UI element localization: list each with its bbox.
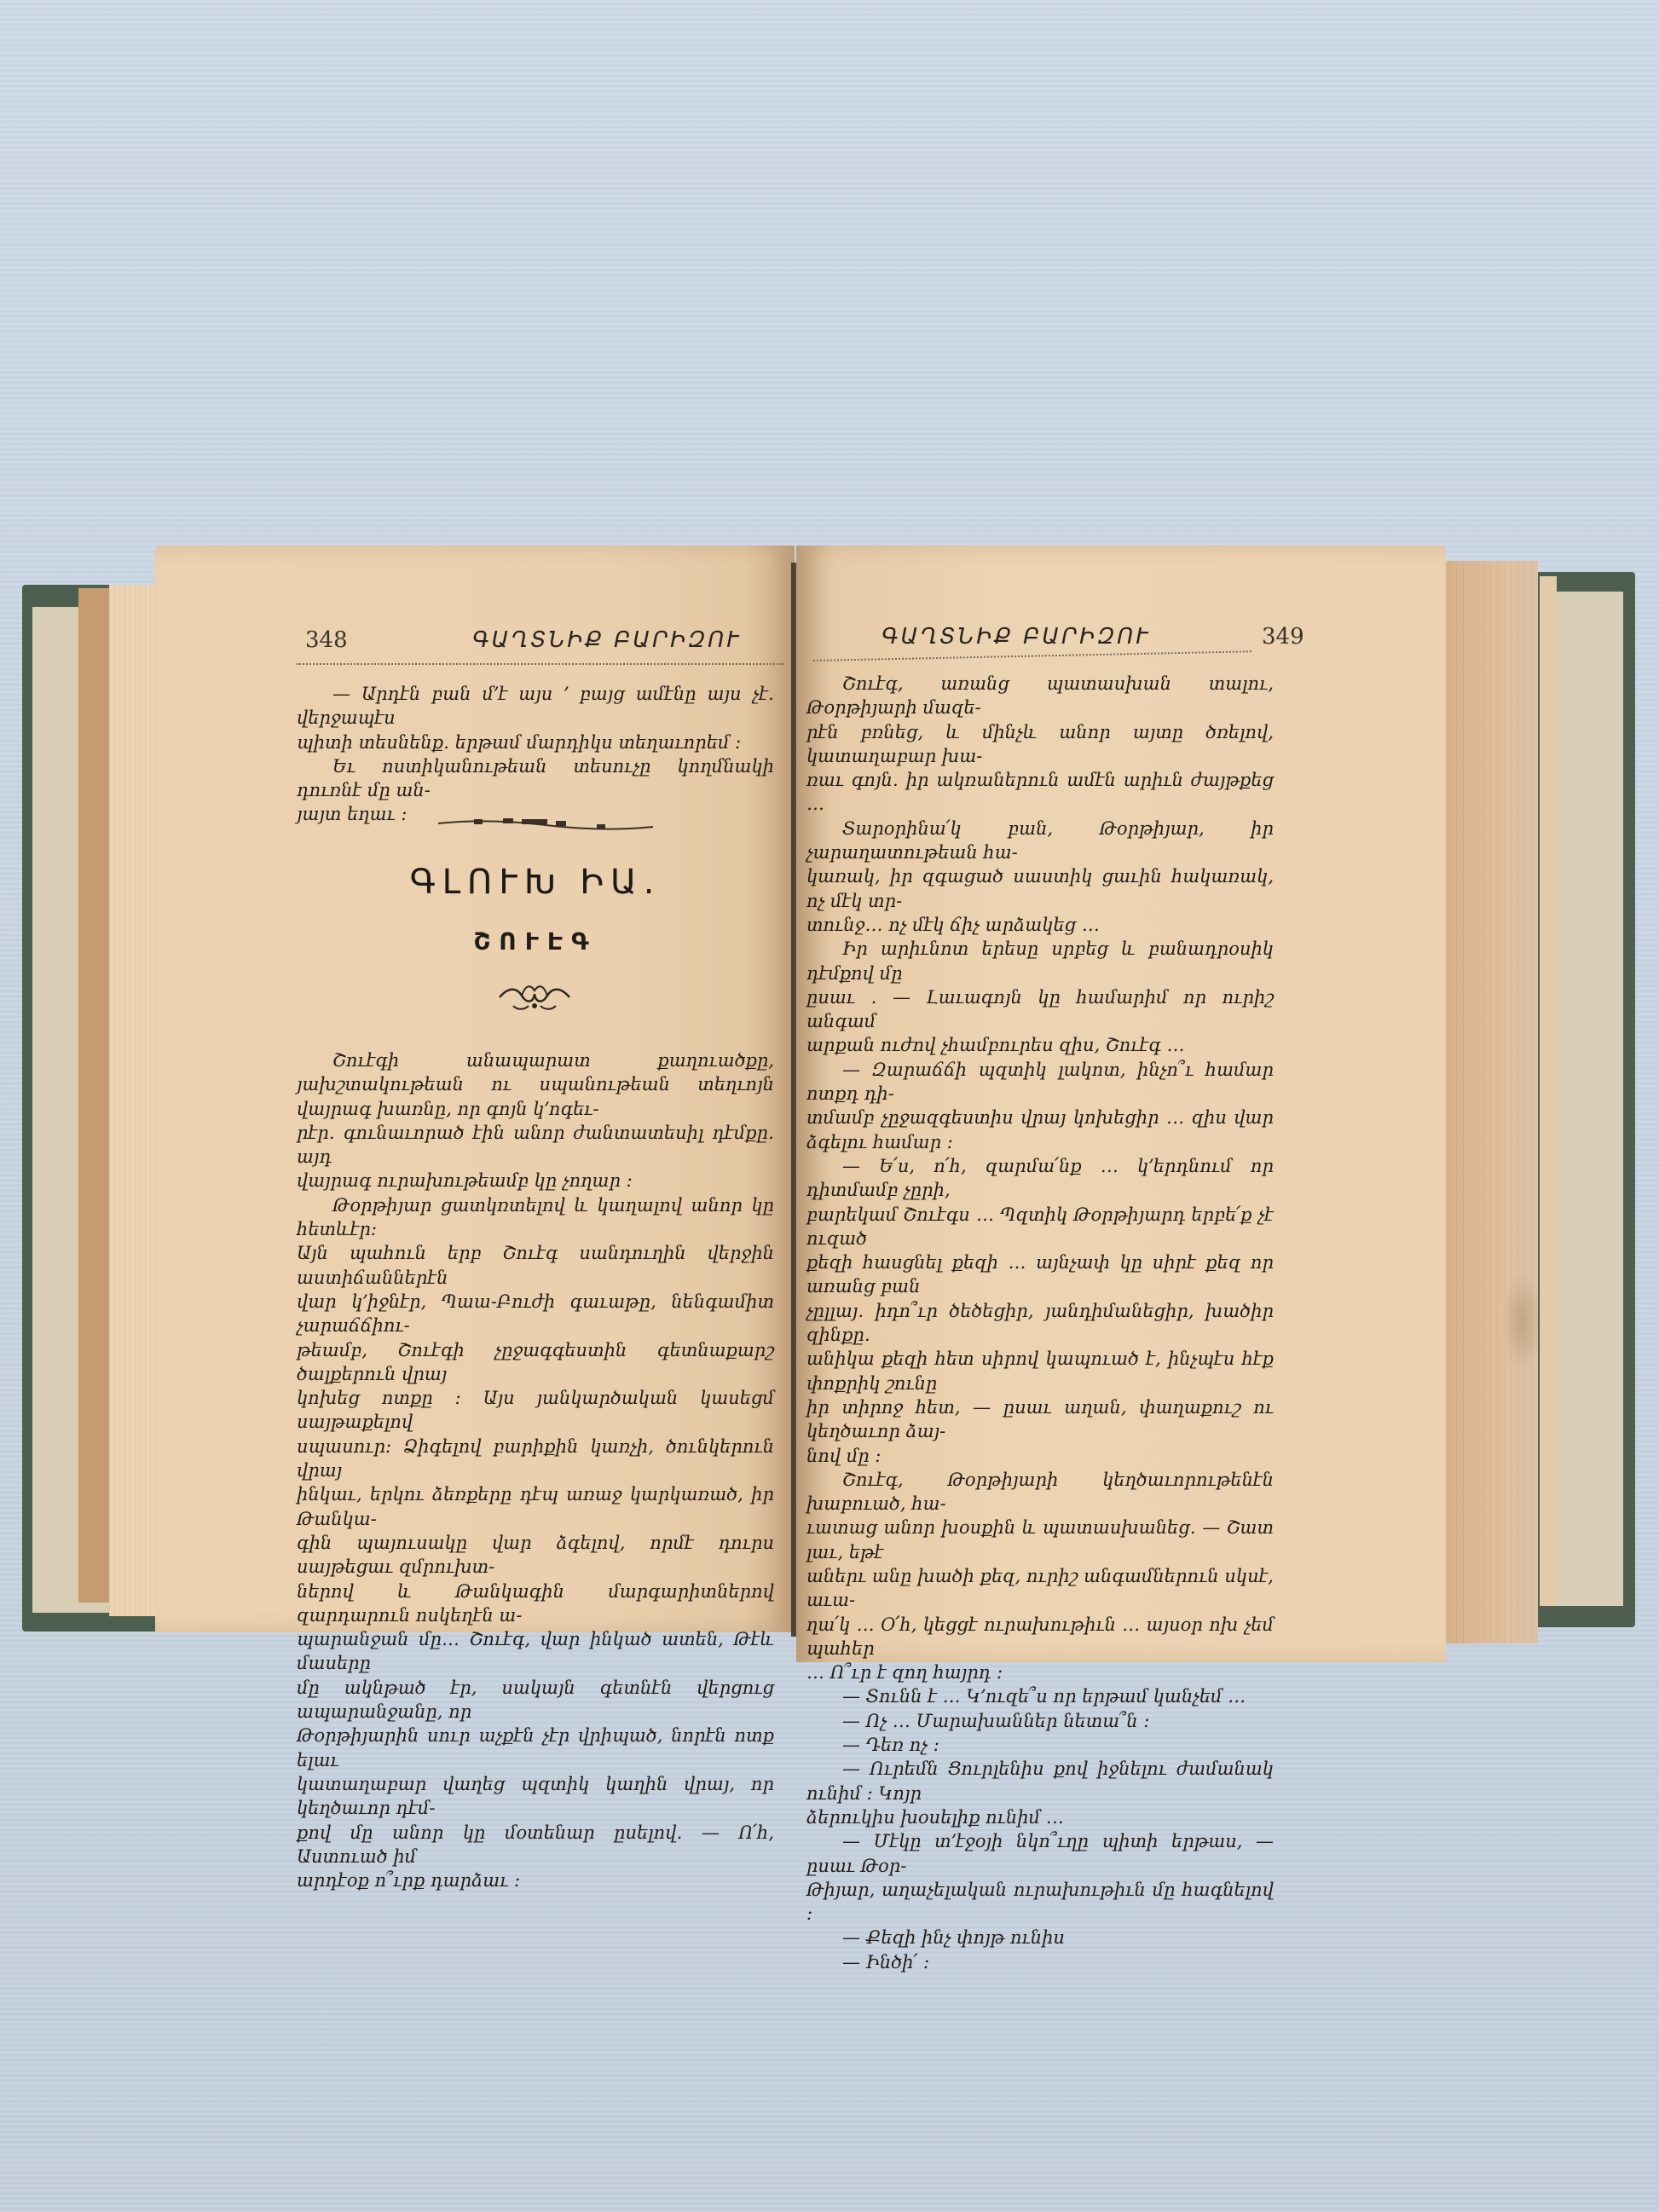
text-line: ներով և Թանկագին մարգարիտներով զարդարուն… bbox=[297, 1580, 774, 1628]
text-line: ինկաւ, երկու ձեռքերը դէպ առաջ կարկառած, … bbox=[297, 1482, 774, 1531]
text-line: — Քեզի ինչ փոյթ ունիս bbox=[806, 1926, 1274, 1949]
chapter-title: ԳԼՈՒԽ ԻԱ. bbox=[297, 863, 774, 902]
text-line: վայրագ ուրախութեամբ կը չողար ։ bbox=[297, 1169, 774, 1193]
right-page-text: Շուէգ, առանց պատասխան տալու, Թօրթիյարի մ… bbox=[806, 672, 1274, 1974]
page-stack-left bbox=[109, 585, 157, 1616]
text-line: նով մը ։ bbox=[806, 1444, 1274, 1468]
text-line: ձերուկիս խօսելիք ունիմ ․․․ bbox=[806, 1805, 1274, 1829]
text-line: գին պայուսակը վար ձգելով, որմէ դուրս սայ… bbox=[297, 1531, 774, 1580]
text-line: Իր արիւնոտ երեսը սրբեց և բանադրօսիկ դէմք… bbox=[806, 937, 1274, 985]
header-rule bbox=[813, 650, 1251, 661]
text-line: — Ինծի՛ ։ bbox=[806, 1950, 1274, 1974]
text-line: ւատաց անոր խօսքին և պատասխանեց․ — Շատ լա… bbox=[806, 1516, 1274, 1564]
text-line: կատաղաբար վաղեց պզտիկ կաղին վրայ, որ կեղ… bbox=[297, 1772, 774, 1821]
left-running-head: ԳԱՂՏՆԻՔ ԲԱՐԻԶՈՒ bbox=[472, 627, 741, 653]
text-line: արքան ուժով չհամբուրես զիս, Շուէգ ․․․ bbox=[806, 1033, 1274, 1057]
text-line: Շուէգ, Թօրթիյարի կեղծաւորութենէն խաբուած… bbox=[806, 1468, 1274, 1516]
text-line: սպասուր։ Ձիգելով բարիքին կառչի, ծունկերո… bbox=[297, 1435, 774, 1483]
text-line: թեամբ, Շուէգի չըջագգեստին գետնաքարշ ծալք… bbox=[297, 1338, 774, 1387]
page-stack-right bbox=[1442, 561, 1538, 1643]
text-line: ղա՛կ ․․․ Օ՛հ, կեցցէ ուրախութիւն ․․․ այսօ… bbox=[806, 1613, 1274, 1661]
text-line: բարեկամ Շուէգս ․․․ Պզտիկ Թօրթիյարդ երբե՛… bbox=[806, 1203, 1274, 1251]
chapter-body-text: Շուէգի անապարատ քաղուածքը, յախշտակութեան… bbox=[297, 1048, 774, 1892]
text-line: անիկա քեզի հետ սիրով կապուած է, ինչպէս հ… bbox=[806, 1347, 1274, 1395]
page-stack-left-shadow bbox=[78, 588, 113, 1603]
text-line: տմամբ չըջազգեստիս վրայ կոխեցիր ․․․ զիս վ… bbox=[806, 1106, 1274, 1154]
left-page-number: 348 bbox=[305, 627, 348, 653]
text-line: իր տիրոջ հետ, — ըսաւ աղան, փաղաքուշ ու կ… bbox=[806, 1395, 1274, 1444]
text-line: — Մէկը տ՚էջօյի նկո՞ւղը պիտի երթաս, — ըսա… bbox=[806, 1829, 1274, 1878]
text-line: րէր․ գունաւորած էին անոր ժանտատեսիլ դէմք… bbox=[297, 1121, 774, 1170]
text-line: ․․․ Ո՞ւր է զող հայրդ ։ bbox=[806, 1660, 1274, 1684]
text-line: չըլլայ․ իդո՞ւր ծեծեցիր, յանդիմանեցիր, խա… bbox=[806, 1299, 1274, 1348]
text-line: մը ակնթած էր, սակայն գետնէն վերցուց ապար… bbox=[297, 1676, 774, 1724]
ornamental-rule-icon bbox=[436, 817, 655, 834]
text-line: — Տունն է ․․․ Կ՚ուզե՞ս որ երթամ կանչեմ ․… bbox=[806, 1684, 1274, 1708]
text-line: Եւ ոստիկանութեան տեսուչը կողմնակի դուռնէ… bbox=[297, 754, 774, 803]
text-line: քով մը անոր կը մօտենար ըսելով․ — Ո՛հ, Աս… bbox=[297, 1821, 774, 1869]
chapter-subtitle: ՇՈՒԷԳ bbox=[297, 927, 774, 956]
text-line: — Զարաճճի պզտիկ լակոտ, ինչո՞ւ համար ոտքդ… bbox=[806, 1058, 1274, 1106]
text-line: Շուէգ, առանց պատասխան տալու, Թօրթիյարի մ… bbox=[806, 672, 1274, 720]
right-running-head: ԳԱՂՏՆԻՔ ԲԱՐԻԶՈՒ bbox=[882, 624, 1150, 650]
endpaper-right bbox=[1553, 592, 1623, 1606]
fleuron-icon bbox=[496, 980, 573, 1014]
text-line: ըսաւ ․ — Լաւագոյն կը համարիմ որ ուրիշ ան… bbox=[806, 985, 1274, 1034]
text-line: Թօրթիյարին սուր աչքէն չէր վրիպած, նորէն … bbox=[297, 1724, 774, 1772]
text-line: Թիյար, աղաչելական ուրախութիւն մը հագնելո… bbox=[806, 1878, 1274, 1926]
text-line: արդէօք ո՞ւրք դարձաւ ։ bbox=[297, 1868, 774, 1892]
text-line: — Ոչ ․․․ Մարախաններ նետա՞ն ։ bbox=[806, 1709, 1274, 1733]
text-line: Տարօրինա՛կ բան, Թօրթիյար, իր չարաղատութե… bbox=[806, 817, 1274, 865]
page-stack-right-edge bbox=[1540, 576, 1557, 1606]
text-line: — Ե՛ս, ո՛հ, զարմա՛նք ․․․ կ՚երդնում որ դի… bbox=[806, 1154, 1274, 1203]
text-line: — Ուրեմն Ցուրլենիս քով իջնելու ժամանակ ո… bbox=[806, 1757, 1274, 1805]
foxing-stain bbox=[1502, 1270, 1541, 1372]
text-line: Շուէգի անապարատ քաղուածքը, յախշտակութեան… bbox=[297, 1048, 774, 1121]
text-line: կոխեց ոտքը ։ Այս յանկարծական կասեցմ սայթ… bbox=[297, 1386, 774, 1435]
text-line: պիտի տեսնենք․ երթամ մարդիկս տեղաւորեմ ։ bbox=[297, 731, 774, 754]
text-line: — Արդէն բան մ՚է այս ՚ բայց ամէնը այս չէ․… bbox=[297, 682, 774, 731]
text-line: ռաւ գոյն․ իր ակռաներուն ամէն արիւն ժայթք… bbox=[806, 768, 1274, 817]
text-line: քեզի հասցնել քեզի ․․․ այնչափ կը սիրէ քեզ… bbox=[806, 1250, 1274, 1299]
text-line: պարանջան մը․․․ Շուէգ, վար ինկած ատեն, Թէ… bbox=[297, 1627, 774, 1676]
text-line: աներւ անը խածի քեզ, ուրիշ անգամներուն սկ… bbox=[806, 1564, 1274, 1613]
text-line: — Դեռ ոչ ։ bbox=[806, 1733, 1274, 1757]
header-rule bbox=[297, 663, 784, 665]
text-line: րէն բռնեց, և մինչև անոր այտը ծռելով, կատ… bbox=[806, 720, 1274, 769]
right-page-number: 349 bbox=[1262, 624, 1304, 650]
opening-text: — Արդէն բան մ՚է այս ՚ բայց ամէնը այս չէ․… bbox=[297, 682, 774, 827]
text-line: վար կ՚իջնէր, Պաա-Բուժի գաւաթը, նենգամիտ … bbox=[297, 1290, 774, 1338]
text-line: Թօրթիյար ցատկռտելով և կաղալով անոր կը հե… bbox=[297, 1193, 774, 1242]
text-line: կառակ, իր զգացած սաստիկ ցաւին հակառակ, ո… bbox=[806, 864, 1274, 913]
text-line: տունջ․․․ ոչ մէկ ճիչ արձակեց ․․․ bbox=[806, 913, 1274, 937]
text-line: Այն պահուն երբ Շուէգ սանդուղին վերջին աս… bbox=[297, 1241, 774, 1290]
right-page: ԳԱՂՏՆԻՔ ԲԱՐԻԶՈՒ 349 Շուէգ, առանց պատասխա… bbox=[796, 546, 1446, 1662]
left-page: 348 ԳԱՂՏՆԻՔ ԲԱՐԻԶՈՒ — Արդէն բան մ՚է այս … bbox=[155, 546, 795, 1632]
